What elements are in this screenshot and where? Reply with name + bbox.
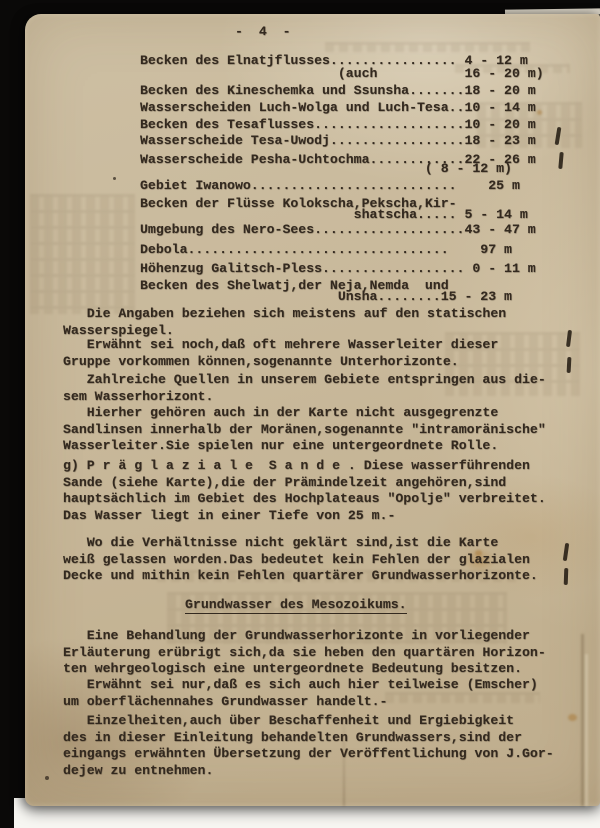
paragraph: Erwähnt sei noch,daß oft mehrere Wasserl… bbox=[63, 337, 498, 370]
bleed-through-smudge bbox=[325, 42, 530, 52]
paragraph: Eine Behandlung der Grundwasserhorizonte… bbox=[63, 628, 546, 678]
paragraph: Erwähnt sei nur,daß es sich auch hier te… bbox=[63, 677, 538, 710]
list-line: Wasserscheiden Luch-Wolga und Luch-Tesa.… bbox=[140, 100, 536, 115]
rust-stain bbox=[537, 110, 542, 115]
list-line: Becken des Kineschemka und Ssunsha......… bbox=[140, 83, 536, 98]
photo-background: - 4 - Becken des Elnatjflusses..........… bbox=[0, 0, 600, 828]
list-line: Höhenzug Galitsch-Pless.................… bbox=[140, 261, 536, 276]
scanned-page: - 4 - Becken des Elnatjflusses..........… bbox=[25, 14, 600, 806]
list-line: (auch 16 - 20 m) bbox=[140, 66, 544, 81]
list-line: shatscha..... 5 - 14 m bbox=[140, 207, 528, 222]
ink-mark bbox=[558, 152, 563, 169]
ink-speck bbox=[113, 177, 116, 180]
paper-fold-highlight bbox=[585, 654, 588, 806]
paragraph: g) P r ä g l a z i a l e S a n d e . Die… bbox=[63, 458, 546, 524]
rust-stain bbox=[568, 714, 577, 721]
bleed-through-smudge bbox=[30, 194, 135, 314]
ink-mark bbox=[564, 568, 569, 585]
paragraph: Zahlreiche Quellen in unserem Gebiete en… bbox=[63, 372, 546, 405]
ink-speck bbox=[45, 776, 49, 780]
list-line: ( 8 - 12 m) bbox=[140, 161, 512, 176]
page-number: - 4 - bbox=[235, 24, 295, 39]
paper-fold-line bbox=[581, 634, 584, 806]
ink-speck bbox=[229, 344, 231, 346]
paragraph: Wo die Verhältnisse nicht geklärt sind,i… bbox=[63, 535, 538, 585]
list-line: Becken des Tesaflusses..................… bbox=[140, 117, 536, 132]
list-line: Wasserscheide Tesa-Uwodj................… bbox=[140, 133, 536, 148]
list-line: Debola................................. … bbox=[140, 242, 512, 257]
section-heading: Grundwasser des Mesozoikums. bbox=[185, 597, 407, 614]
list-line: Gebiet Iwanowo..........................… bbox=[140, 178, 520, 193]
ink-mark bbox=[563, 543, 569, 561]
paragraph: Einzelheiten,auch über Beschaffenheit un… bbox=[63, 713, 554, 779]
paragraph: Die Angaben beziehen sich meistens auf d… bbox=[63, 306, 506, 339]
paragraph: Hierher gehören auch in der Karte nicht … bbox=[63, 405, 546, 455]
list-line: Unsha........15 - 23 m bbox=[140, 289, 512, 304]
list-line: Umgebung des Nero-Sees..................… bbox=[140, 222, 536, 237]
ink-mark bbox=[567, 357, 572, 373]
rust-stain bbox=[475, 550, 482, 556]
paper-crease bbox=[343, 702, 345, 806]
